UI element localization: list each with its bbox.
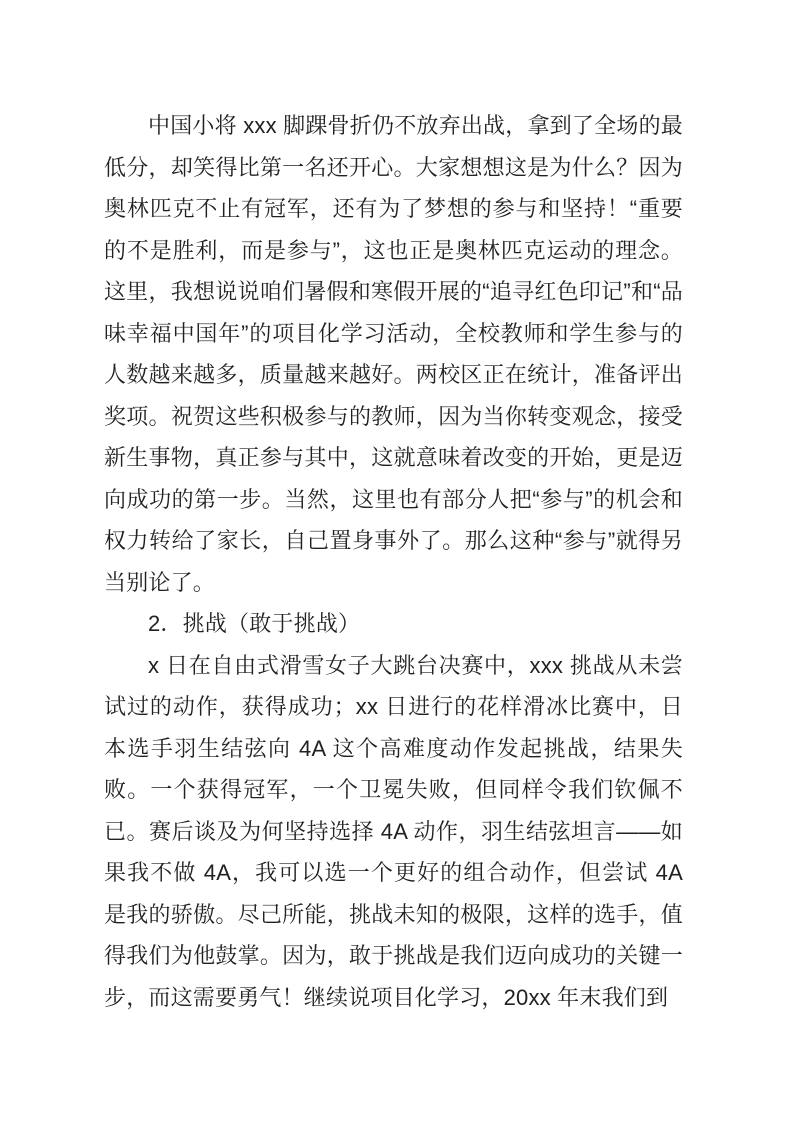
paragraph-challenge: x 日在自由式滑雪女子大跳台决赛中，xxx 挑战从未尝试过的动作，获得成功；xx… xyxy=(104,645,683,1019)
paragraph-participation: 中国小将 xxx 脚踝骨折仍不放弃出战，拿到了全场的最低分，却笑得比第一名还开心… xyxy=(104,105,683,603)
heading-challenge-section: 2．挑战（敢于挑战） xyxy=(104,603,683,645)
document-page: 中国小将 xxx 脚踝骨折仍不放弃出战，拿到了全场的最低分，却笑得比第一名还开心… xyxy=(0,0,793,1122)
document-body: 中国小将 xxx 脚踝骨折仍不放弃出战，拿到了全场的最低分，却笑得比第一名还开心… xyxy=(104,105,683,1018)
